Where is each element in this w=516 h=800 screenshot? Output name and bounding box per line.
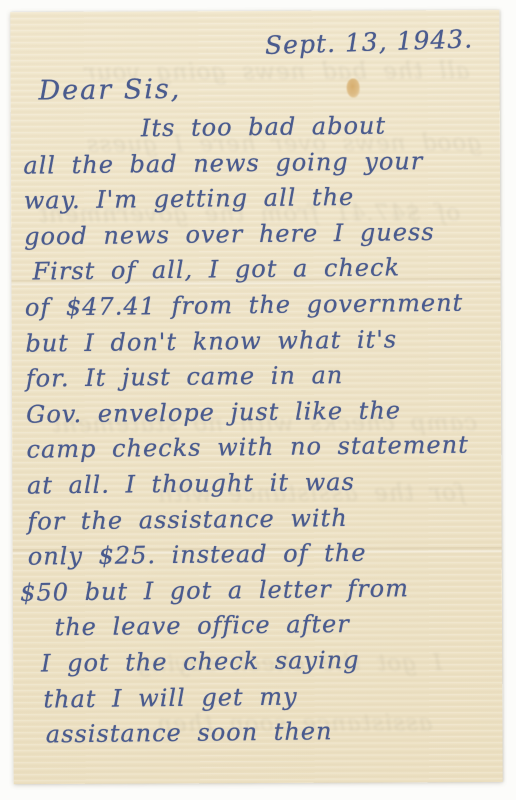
handwriting-line: the leave office after bbox=[14, 609, 502, 650]
letter-salutation: Dear Sis, bbox=[38, 74, 181, 107]
handwriting-line: way. I'm getting all the bbox=[10, 181, 499, 222]
handwriting-line: only $25. instead of the bbox=[14, 537, 503, 578]
handwriting-line: Gov. envelope just like the bbox=[12, 395, 501, 436]
handwriting-line: for. It just came in an bbox=[12, 359, 501, 400]
handwriting-line: all the bad news going your bbox=[10, 146, 498, 187]
handwriting-line: that I will get my bbox=[15, 680, 502, 721]
handwriting-line: $50 but I got a letter from bbox=[14, 573, 503, 614]
handwriting-line: I got the check saying bbox=[15, 644, 503, 685]
letter-date: Sept. 13, 1943. bbox=[264, 24, 473, 60]
handwriting-line: First of all, I got a check bbox=[10, 253, 499, 294]
letter-paper-sheet: all the bad news going your good news ov… bbox=[10, 10, 502, 784]
handwriting-line: at all. I thought it was bbox=[13, 466, 502, 507]
handwriting-line: of $47.41 from the government bbox=[11, 288, 500, 329]
handwriting-line: good news over here I guess bbox=[10, 217, 499, 258]
handwriting-line: for the assistance with bbox=[13, 502, 502, 543]
scanned-letter-background: all the bad news going your good news ov… bbox=[0, 0, 516, 800]
handwriting-line: assistance soon then bbox=[16, 715, 503, 756]
handwriting-line: camp checks with no statement bbox=[12, 431, 501, 472]
letter-body: Its too bad about all the bad news going… bbox=[10, 110, 502, 756]
handwriting-line: Its too bad about bbox=[10, 110, 498, 151]
handwriting-layer: Sept. 13, 1943. Dear Sis, Its too bad ab… bbox=[10, 10, 502, 784]
handwriting-line: but I don't know what it's bbox=[11, 324, 500, 365]
